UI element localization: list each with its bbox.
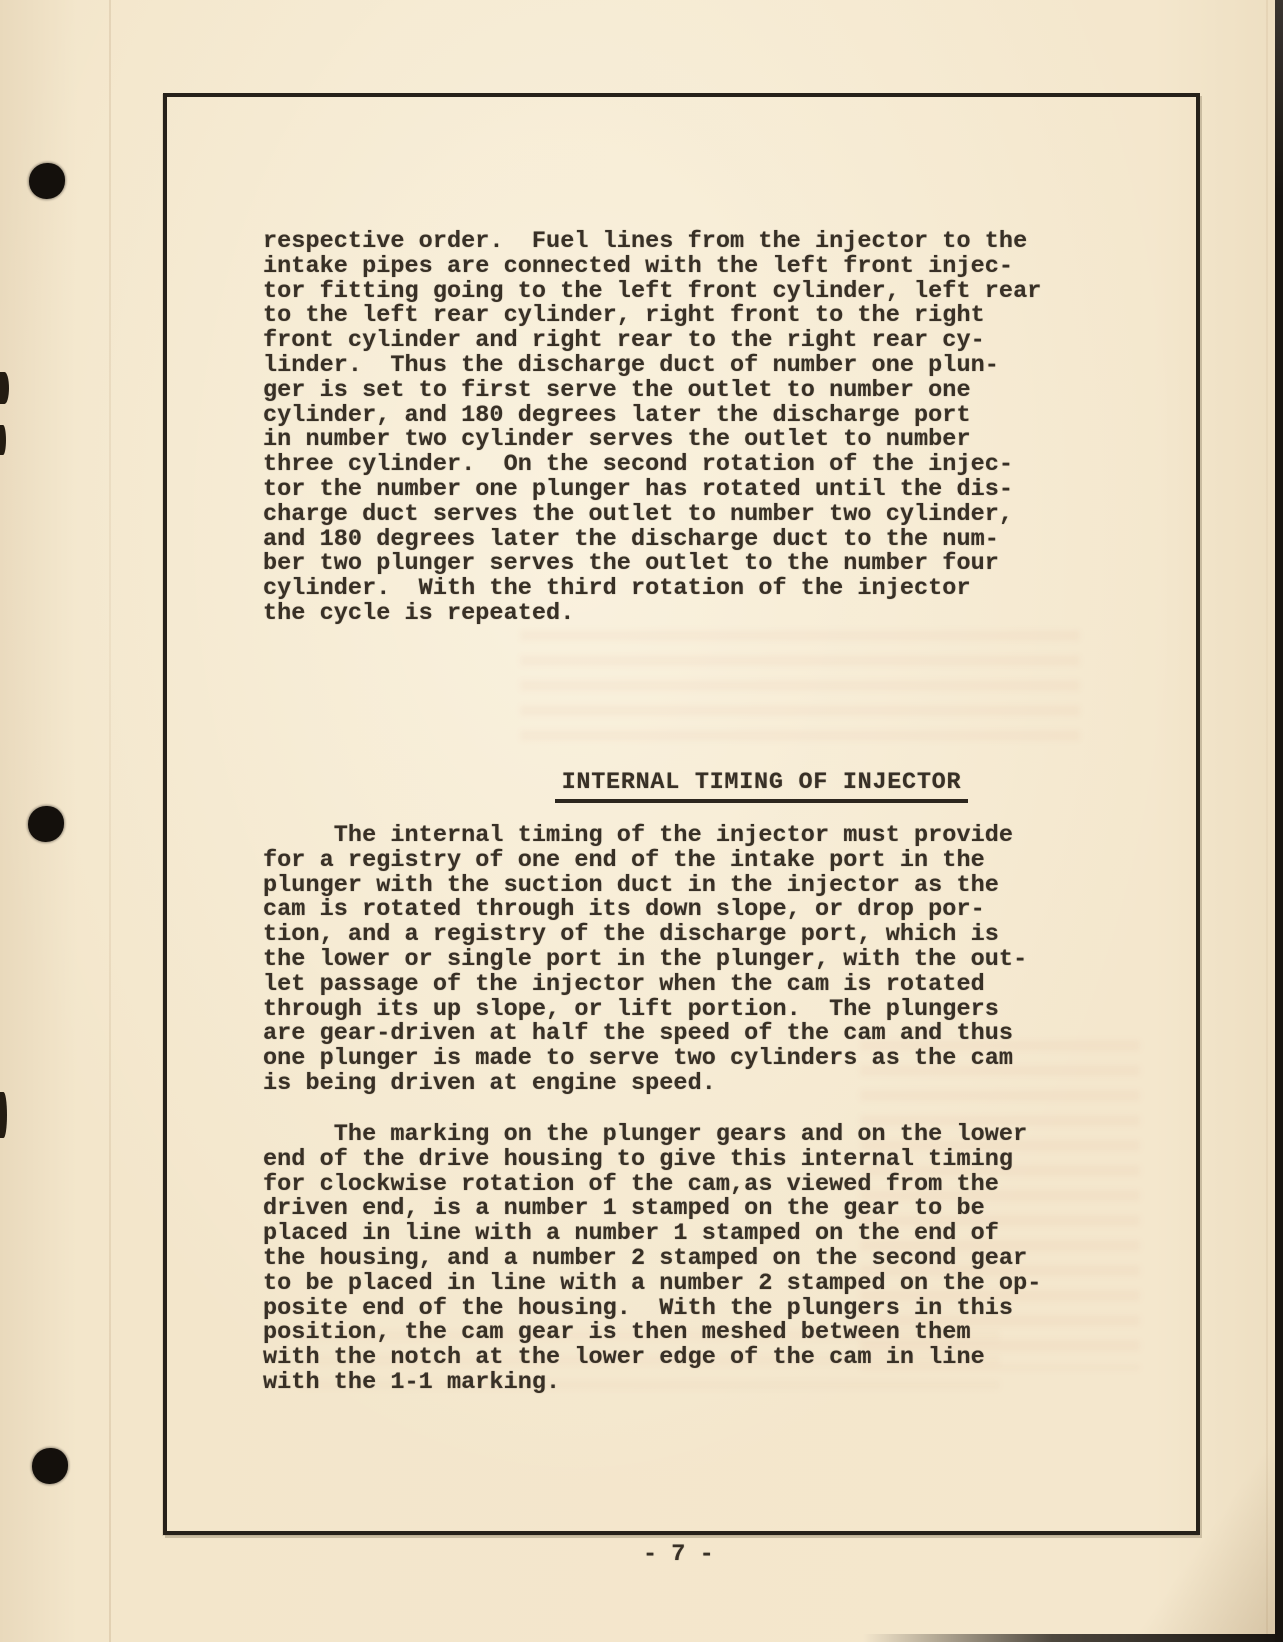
body-paragraph-2: The internal timing of the injector must… bbox=[263, 824, 1027, 1097]
punch-hole bbox=[29, 163, 65, 199]
section-heading-text: INTERNAL TIMING OF INJECTOR bbox=[555, 769, 969, 803]
paper-crease-line bbox=[109, 0, 111, 1642]
body-paragraph-1: respective order. Fuel lines from the in… bbox=[263, 230, 1041, 627]
punch-hole bbox=[28, 806, 64, 842]
punch-hole bbox=[32, 1448, 68, 1484]
section-heading: INTERNAL TIMING OF INJECTOR bbox=[505, 746, 968, 820]
scan-edge-right bbox=[1275, 0, 1283, 1642]
edge-ink-smudge bbox=[0, 425, 6, 455]
body-paragraph-3: The marking on the plunger gears and on … bbox=[263, 1123, 1041, 1396]
page-curl-shadow bbox=[1098, 1437, 1278, 1637]
scan-edge-bottom bbox=[863, 1634, 1283, 1642]
paper-crease-line bbox=[1266, 0, 1268, 1642]
scanned-manual-page: respective order. Fuel lines from the in… bbox=[0, 0, 1283, 1642]
edge-ink-smudge bbox=[0, 372, 9, 404]
edge-ink-smudge bbox=[0, 1092, 7, 1138]
page-number: - 7 - bbox=[643, 1543, 714, 1568]
